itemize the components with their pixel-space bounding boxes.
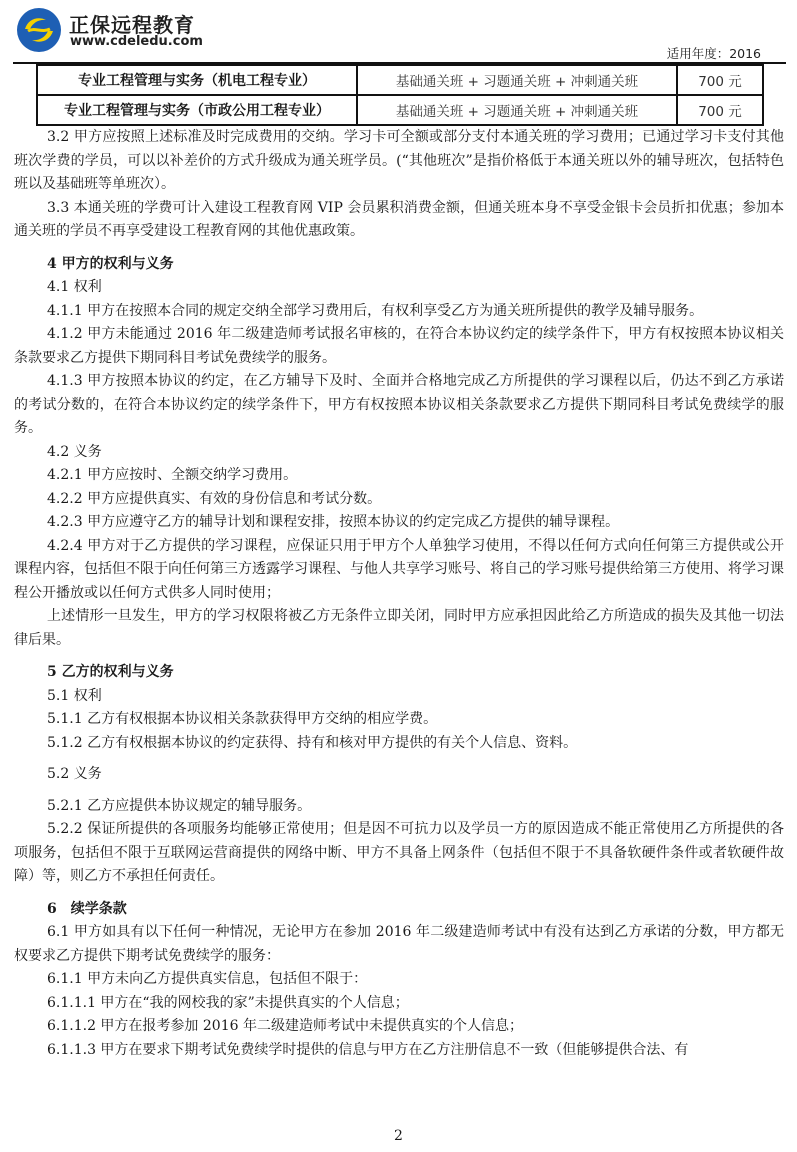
clause-6-1-1-3: 6.1.1.3 甲方在要求下期考试免费续学时提供的信息与甲方在乙方注册信息不一致… xyxy=(14,1039,784,1063)
page-header: 正保远程教育 www.cdeledu.com 适用年度：2016 xyxy=(0,0,797,66)
clause-4-2-4-consequence: 上述情形一旦发生，甲方的学习权限将被乙方无条件立即关闭，同时甲方应承担因此给乙方… xyxy=(14,605,784,652)
clause-5-2-1: 5.2.1 乙方应提供本协议规定的辅导服务。 xyxy=(14,795,784,819)
brand-url: www.cdeledu.com xyxy=(70,34,203,49)
price-cell: 700 元 xyxy=(677,95,763,125)
price-cell: 700 元 xyxy=(677,65,763,95)
classes-cell: 基础通关班 + 习题通关班 + 冲刺通关班 xyxy=(357,95,677,125)
section-5-1-heading: 5.1 权利 xyxy=(14,685,784,709)
section-5-2-heading: 5.2 义务 xyxy=(14,763,784,787)
clause-4-1-2: 4.1.2 甲方未能通过 2016 年二级建造师考试报名审核的，在符合本协议约定… xyxy=(14,323,784,370)
subject-cell: 专业工程管理与实务（市政公用工程专业） xyxy=(37,95,357,125)
clause-4-1-1: 4.1.1 甲方在按照本合同的规定交纳全部学习费用后，有权利享受乙方为通关班所提… xyxy=(14,300,784,324)
section-4-2-heading: 4.2 义务 xyxy=(14,441,784,465)
clause-5-1-2: 5.1.2 乙方有权根据本协议的约定获得、持有和核对甲方提供的有关个人信息、资料… xyxy=(14,732,784,756)
clause-4-2-1: 4.2.1 甲方应按时、全额交纳学习费用。 xyxy=(14,464,784,488)
cdeledu-logo-icon xyxy=(16,7,62,53)
clause-5-1-1: 5.1.1 乙方有权根据本协议相关条款获得甲方交纳的相应学费。 xyxy=(14,708,784,732)
clause-4-2-4: 4.2.4 甲方对于乙方提供的学习课程，应保证只用于甲方个人单独学习使用，不得以… xyxy=(14,535,784,606)
clause-4-2-3: 4.2.3 甲方应遵守乙方的辅导计划和课程安排，按照本协议的约定完成乙方提供的辅… xyxy=(14,511,784,535)
section-5-heading: 5 乙方的权利与义务 xyxy=(14,661,784,685)
subject-cell: 专业工程管理与实务（机电工程专业） xyxy=(37,65,357,95)
clause-6-1-1: 6.1.1 甲方未向乙方提供真实信息，包括但不限于： xyxy=(14,968,784,992)
spacer xyxy=(14,787,784,795)
clause-5-2-2: 5.2.2 保证所提供的各项服务均能够正常使用；但是因不可抗力以及学员一方的原因… xyxy=(14,818,784,889)
applicable-year: 适用年度：2016 xyxy=(667,44,761,62)
clause-6-1: 6.1 甲方如具有以下任何一种情况，无论甲方在参加 2016 年二级建造师考试中… xyxy=(14,921,784,968)
clause-6-1-1-1: 6.1.1.1 甲方在“我的网校我的家”未提供真实的个人信息； xyxy=(14,992,784,1016)
section-4-1-heading: 4.1 权利 xyxy=(14,276,784,300)
spacer xyxy=(14,755,784,763)
clause-3-3: 3.3 本通关班的学费可计入建设工程教育网 VIP 会员累积消费金额，但通关班本… xyxy=(14,197,784,244)
clause-4-2-2: 4.2.2 甲方应提供真实、有效的身份信息和考试分数。 xyxy=(14,488,784,512)
table-row: 专业工程管理与实务（市政公用工程专业） 基础通关班 + 习题通关班 + 冲刺通关… xyxy=(37,95,763,125)
section-6-heading: 6 续学条款 xyxy=(14,898,784,922)
table-row: 专业工程管理与实务（机电工程专业） 基础通关班 + 习题通关班 + 冲刺通关班 … xyxy=(37,65,763,95)
section-4-heading: 4 甲方的权利与义务 xyxy=(14,253,784,277)
page-number: 2 xyxy=(0,1128,797,1144)
clause-3-2: 3.2 甲方应按照上述标准及时完成费用的交纳。学习卡可全额或部分支付本通关班的学… xyxy=(14,126,784,197)
classes-cell: 基础通关班 + 习题通关班 + 冲刺通关班 xyxy=(357,65,677,95)
document-body: 3.2 甲方应按照上述标准及时完成费用的交纳。学习卡可全额或部分支付本通关班的学… xyxy=(14,126,784,1062)
clause-4-1-3: 4.1.3 甲方按照本协议的约定，在乙方辅导下及时、全面并合格地完成乙方所提供的… xyxy=(14,370,784,441)
clause-6-1-1-2: 6.1.1.2 甲方在报考参加 2016 年二级建造师考试中未提供真实的个人信息… xyxy=(14,1015,784,1039)
fee-table: 专业工程管理与实务（机电工程专业） 基础通关班 + 习题通关班 + 冲刺通关班 … xyxy=(36,64,764,126)
